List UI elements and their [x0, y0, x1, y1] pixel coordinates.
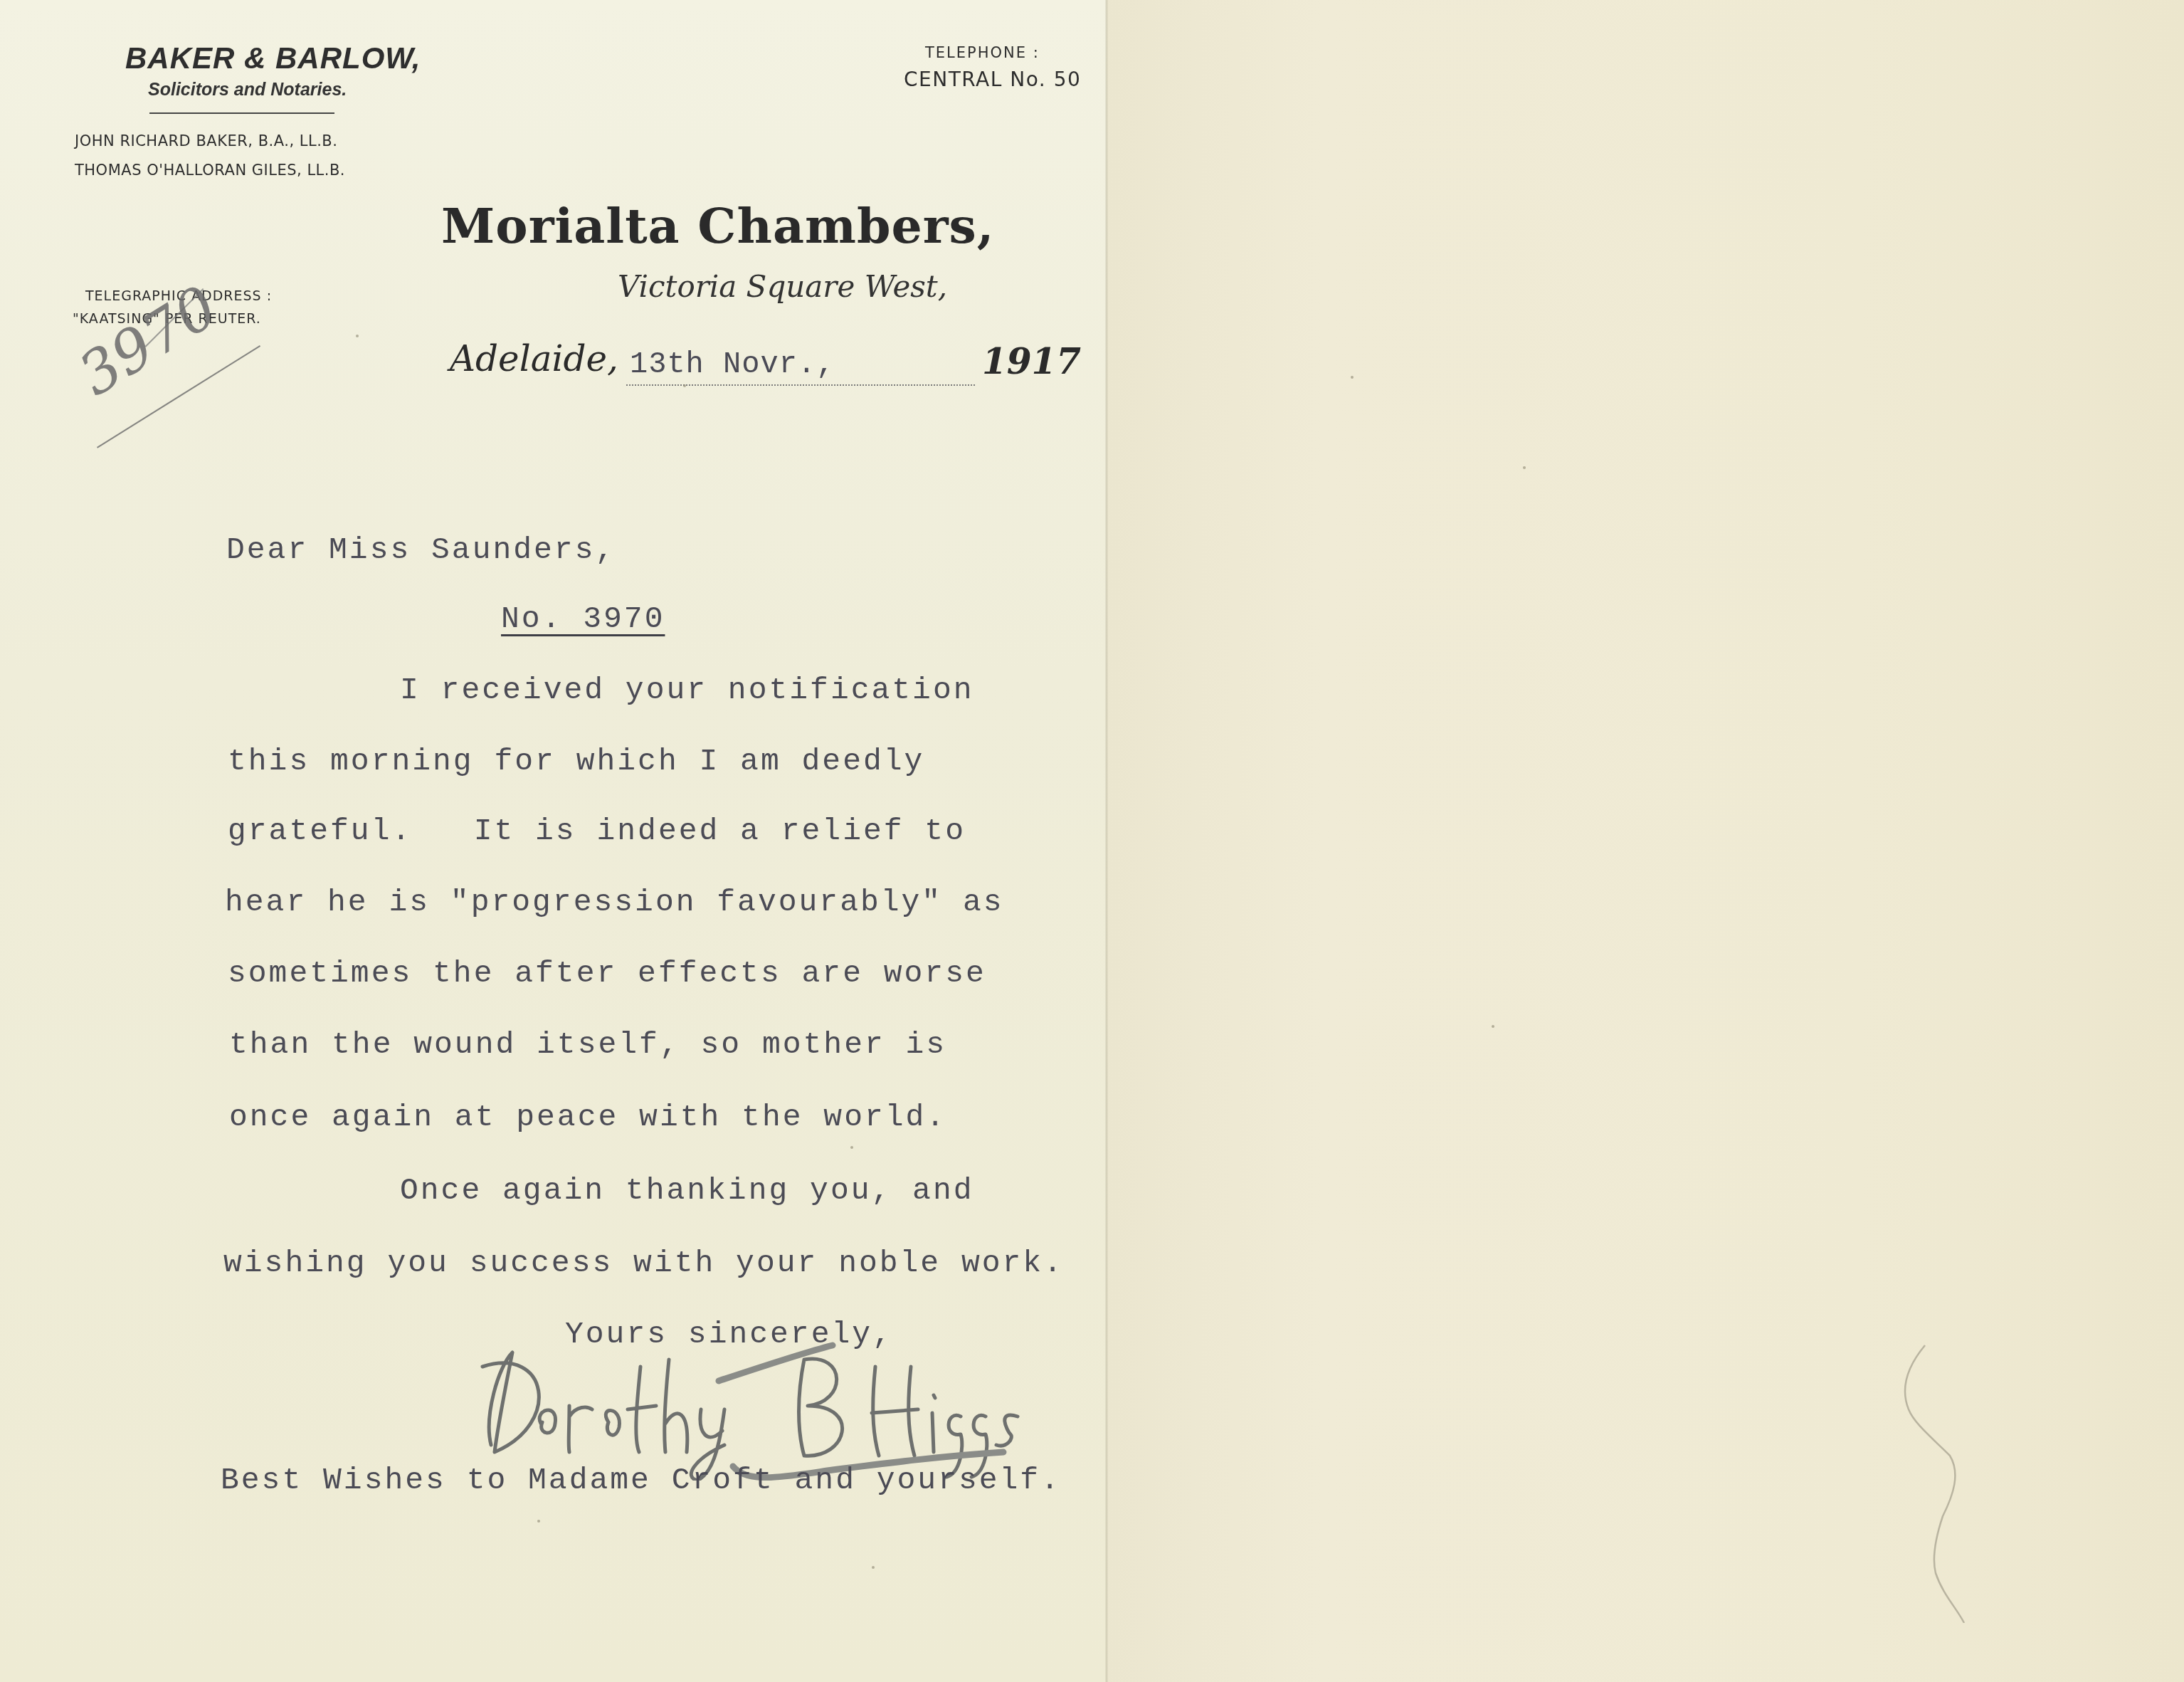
city-name: Adelaide, [450, 338, 618, 379]
letter-page-back-blank [1107, 0, 2184, 1682]
body-line: once again at peace with the world. [229, 1100, 946, 1135]
body-line: Once again thanking you, and [400, 1173, 974, 1208]
paper-speck [1351, 376, 1354, 379]
street-address: Victoria Square West, [618, 269, 947, 304]
firm-subtitle: Solicitors and Notaries. [148, 80, 347, 100]
paper-speck [872, 1566, 875, 1569]
body-line: wishing you success with your noble work… [223, 1246, 1064, 1281]
handwritten-signature [463, 1338, 1025, 1481]
body-line: grateful. It is indeed a relief to [228, 814, 966, 848]
letter-year: 1917 [982, 340, 1081, 382]
partner-name: THOMAS O'HALLORAN GILES, LL.B. [75, 162, 345, 179]
paper-speck [683, 384, 686, 387]
paper-speck [1523, 466, 1526, 469]
building-name: Morialta Chambers, [441, 198, 995, 255]
paper-speck [1492, 1025, 1494, 1028]
paper-speck [850, 1146, 853, 1149]
date-dotted-line [626, 384, 975, 386]
telephone-label: TELEPHONE : [925, 44, 1040, 61]
body-line: I received your notification [400, 673, 974, 708]
paper-speck [537, 1520, 540, 1523]
telephone-number: CENTRAL No. 50 [904, 68, 1081, 91]
partner-name: JOHN RICHARD BAKER, B.A., LL.B. [75, 132, 337, 149]
reference-number: No. 3970 [501, 601, 665, 636]
body-line: hear he is "progression favourably" as [225, 885, 1004, 920]
salutation: Dear Miss Saunders, [226, 532, 616, 567]
body-line: sometimes the after effects are worse [228, 956, 986, 991]
paper-tear-mark [1893, 1338, 1978, 1623]
postscript: Best Wishes to Madame Croft and yourself… [221, 1463, 1061, 1498]
letterhead-divider [149, 112, 334, 114]
body-line: this morning for which I am deedly [228, 744, 924, 779]
firm-name: BAKER & BARLOW, [125, 41, 421, 75]
paper-speck [356, 335, 359, 337]
letter-date: 13th Novr., [630, 347, 835, 382]
page-fold-line [1105, 0, 1108, 1682]
body-line: than the wound itself, so mother is [229, 1027, 946, 1062]
